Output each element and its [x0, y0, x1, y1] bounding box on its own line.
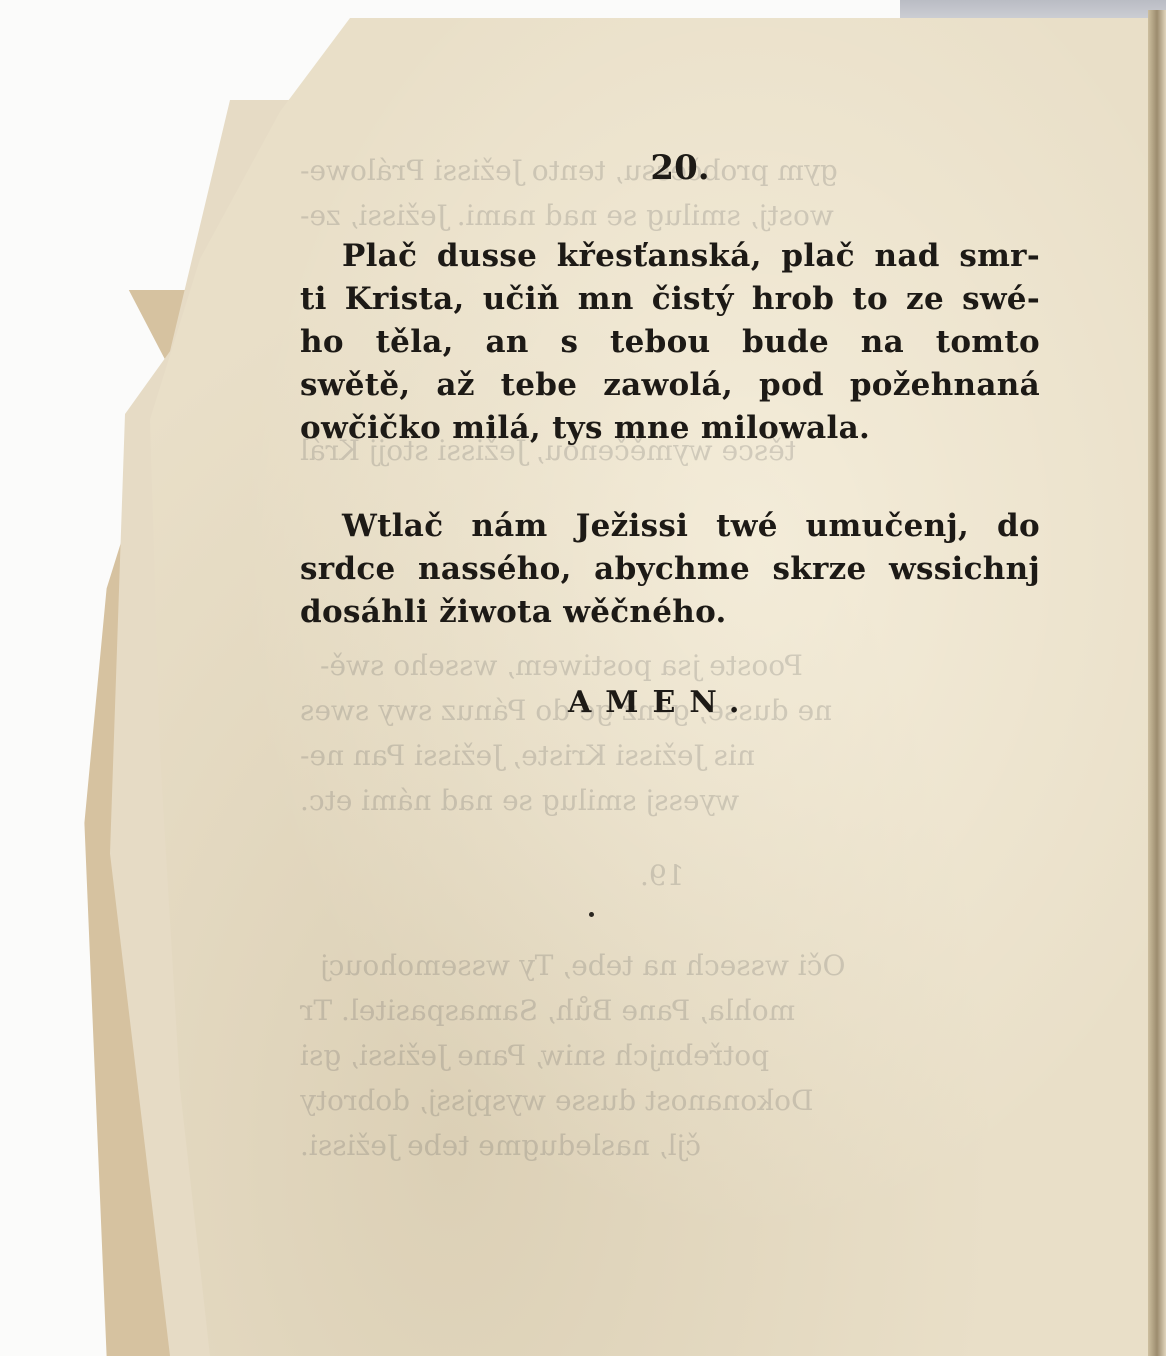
text-line: dosáhli žiwota wěčného. [300, 591, 1040, 634]
bleed-line: mohla, Pane Bůh, Samaspasitel. Tr [300, 990, 795, 1032]
page-number: 20. [590, 148, 770, 188]
text-line: ho těla, an s tebou bude na tomto [300, 321, 1040, 364]
bleed-line: Pooste jsa postiwem, wsseho swě- [320, 645, 803, 687]
bleed-line: Dokonanost dusse wyspjssj, dobroty [300, 1080, 813, 1122]
book-spine-edge [1148, 10, 1166, 1356]
bleed-line: potřebnjch sniw, Pane Ježissi, gsi [300, 1035, 769, 1077]
text-line: owčičko milá, tys mne milowala. [300, 407, 1040, 450]
paragraph-prayer-1: Plač dusse křesťanská, plač nad smr- ti … [300, 235, 1040, 450]
text-line: srdce nassého, abychme skrze wssichnj [300, 548, 1040, 591]
bleed-line: wostj, smilug se nad nami. Ježissi, ze- [300, 195, 834, 237]
ink-spot [589, 912, 594, 917]
bleed-line: wyessj smilug se nad námi etc. [300, 780, 739, 822]
text-line: swětě, až tebe zawolá, pod požehnaná [300, 364, 1040, 407]
text-line: Plač dusse křesťanská, plač nad smr- [300, 235, 1040, 278]
paragraph-prayer-2: Wtlač nám Ježissi twé umučenj, do srdce … [300, 505, 1040, 634]
bleed-page-number: 19. [640, 855, 685, 897]
text-line: ti Krista, učiň mn čistý hrob to ze swé- [300, 278, 1040, 321]
bleed-line: Oči wssech na tebe, Ty wssemohoucj [320, 945, 846, 987]
bleed-line: čjl, nasledugme tebe Ježissi. [300, 1125, 701, 1167]
bleed-line: nis Ježissi Kriste, Ježissi Pan ne- [300, 735, 755, 777]
text-line: Wtlač nám Ježissi twé umučenj, do [300, 505, 1040, 548]
closing-amen: AMEN. [568, 685, 753, 720]
